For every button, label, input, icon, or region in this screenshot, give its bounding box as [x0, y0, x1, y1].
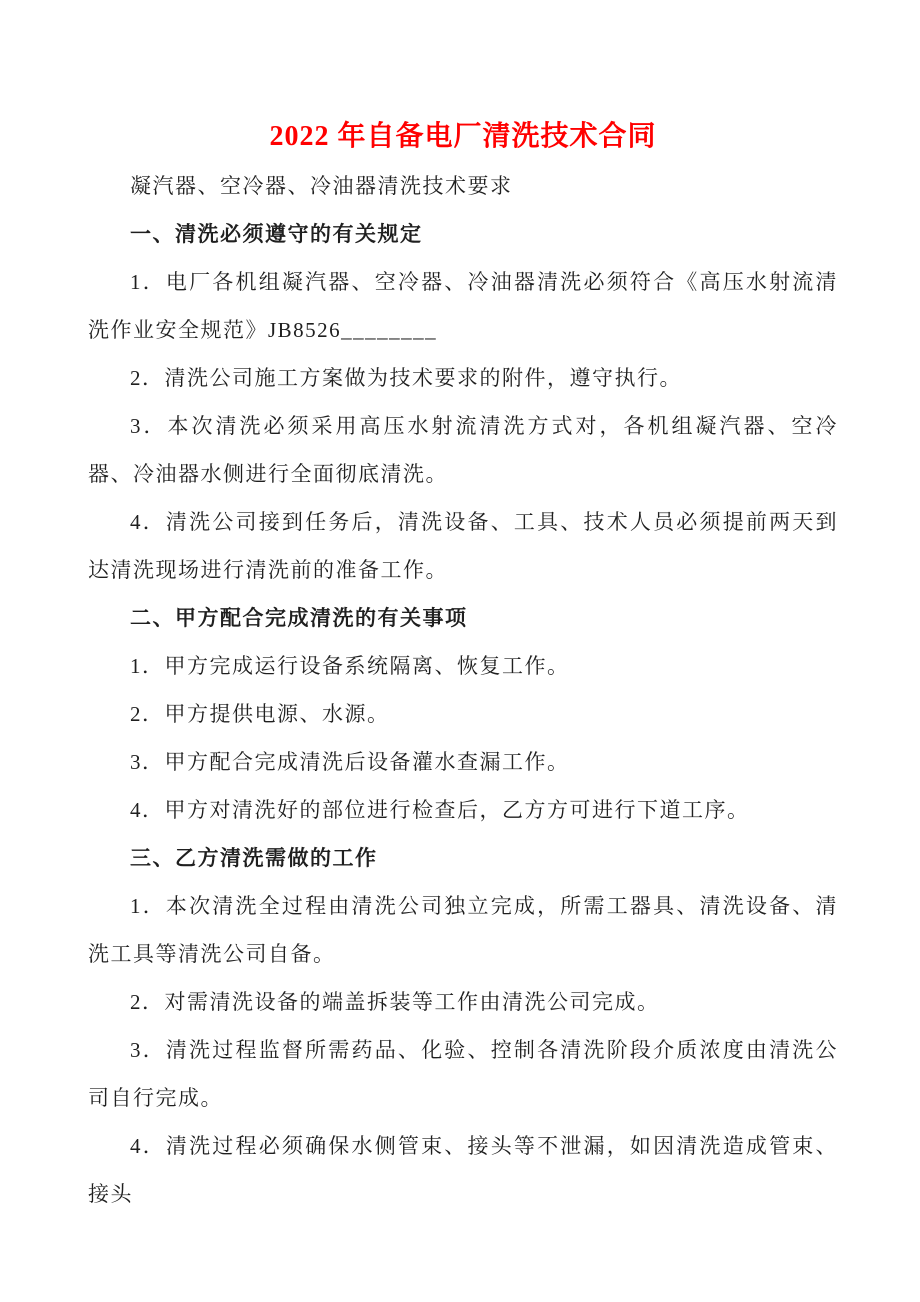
section-heading: 三、乙方清洗需做的工作 [88, 834, 838, 882]
paragraph: 4．甲方对清洗好的部位进行检查后，乙方方可进行下道工序。 [88, 786, 838, 834]
paragraph: 2．对需清洗设备的端盖拆装等工作由清洗公司完成。 [88, 978, 838, 1026]
paragraph-list: 凝汽器、空冷器、冷油器清洗技术要求一、清洗必须遵守的有关规定1．电厂各机组凝汽器… [88, 162, 838, 1218]
paragraph: 3．本次清洗必须采用高压水射流清洗方式对，各机组凝汽器、空冷器、冷油器水侧进行全… [88, 402, 838, 498]
paragraph: 凝汽器、空冷器、冷油器清洗技术要求 [88, 162, 838, 210]
document-content: 2022 年自备电厂清洗技术合同 凝汽器、空冷器、冷油器清洗技术要求一、清洗必须… [88, 0, 838, 1218]
paragraph: 4．清洗公司接到任务后，清洗设备、工具、技术人员必须提前两天到达清洗现场进行清洗… [88, 498, 838, 594]
section-heading: 二、甲方配合完成清洗的有关事项 [88, 594, 838, 642]
document-title: 2022 年自备电厂清洗技术合同 [88, 0, 838, 158]
document-page: 2022 年自备电厂清洗技术合同 凝汽器、空冷器、冷油器清洗技术要求一、清洗必须… [0, 0, 920, 1302]
section-heading: 一、清洗必须遵守的有关规定 [88, 210, 838, 258]
paragraph: 1．本次清洗全过程由清洗公司独立完成，所需工器具、清洗设备、清洗工具等清洗公司自… [88, 882, 838, 978]
paragraph: 2．甲方提供电源、水源。 [88, 690, 838, 738]
paragraph: 2．清洗公司施工方案做为技术要求的附件，遵守执行。 [88, 354, 838, 402]
paragraph: 1．电厂各机组凝汽器、空冷器、冷油器清洗必须符合《高压水射流清洗作业安全规范》J… [88, 258, 838, 354]
paragraph: 1．甲方完成运行设备系统隔离、恢复工作。 [88, 642, 838, 690]
paragraph: 3．甲方配合完成清洗后设备灌水查漏工作。 [88, 738, 838, 786]
paragraph: 3．清洗过程监督所需药品、化验、控制各清洗阶段介质浓度由清洗公司自行完成。 [88, 1026, 838, 1122]
paragraph: 4．清洗过程必须确保水侧管束、接头等不泄漏，如因清洗造成管束、接头 [88, 1122, 838, 1218]
